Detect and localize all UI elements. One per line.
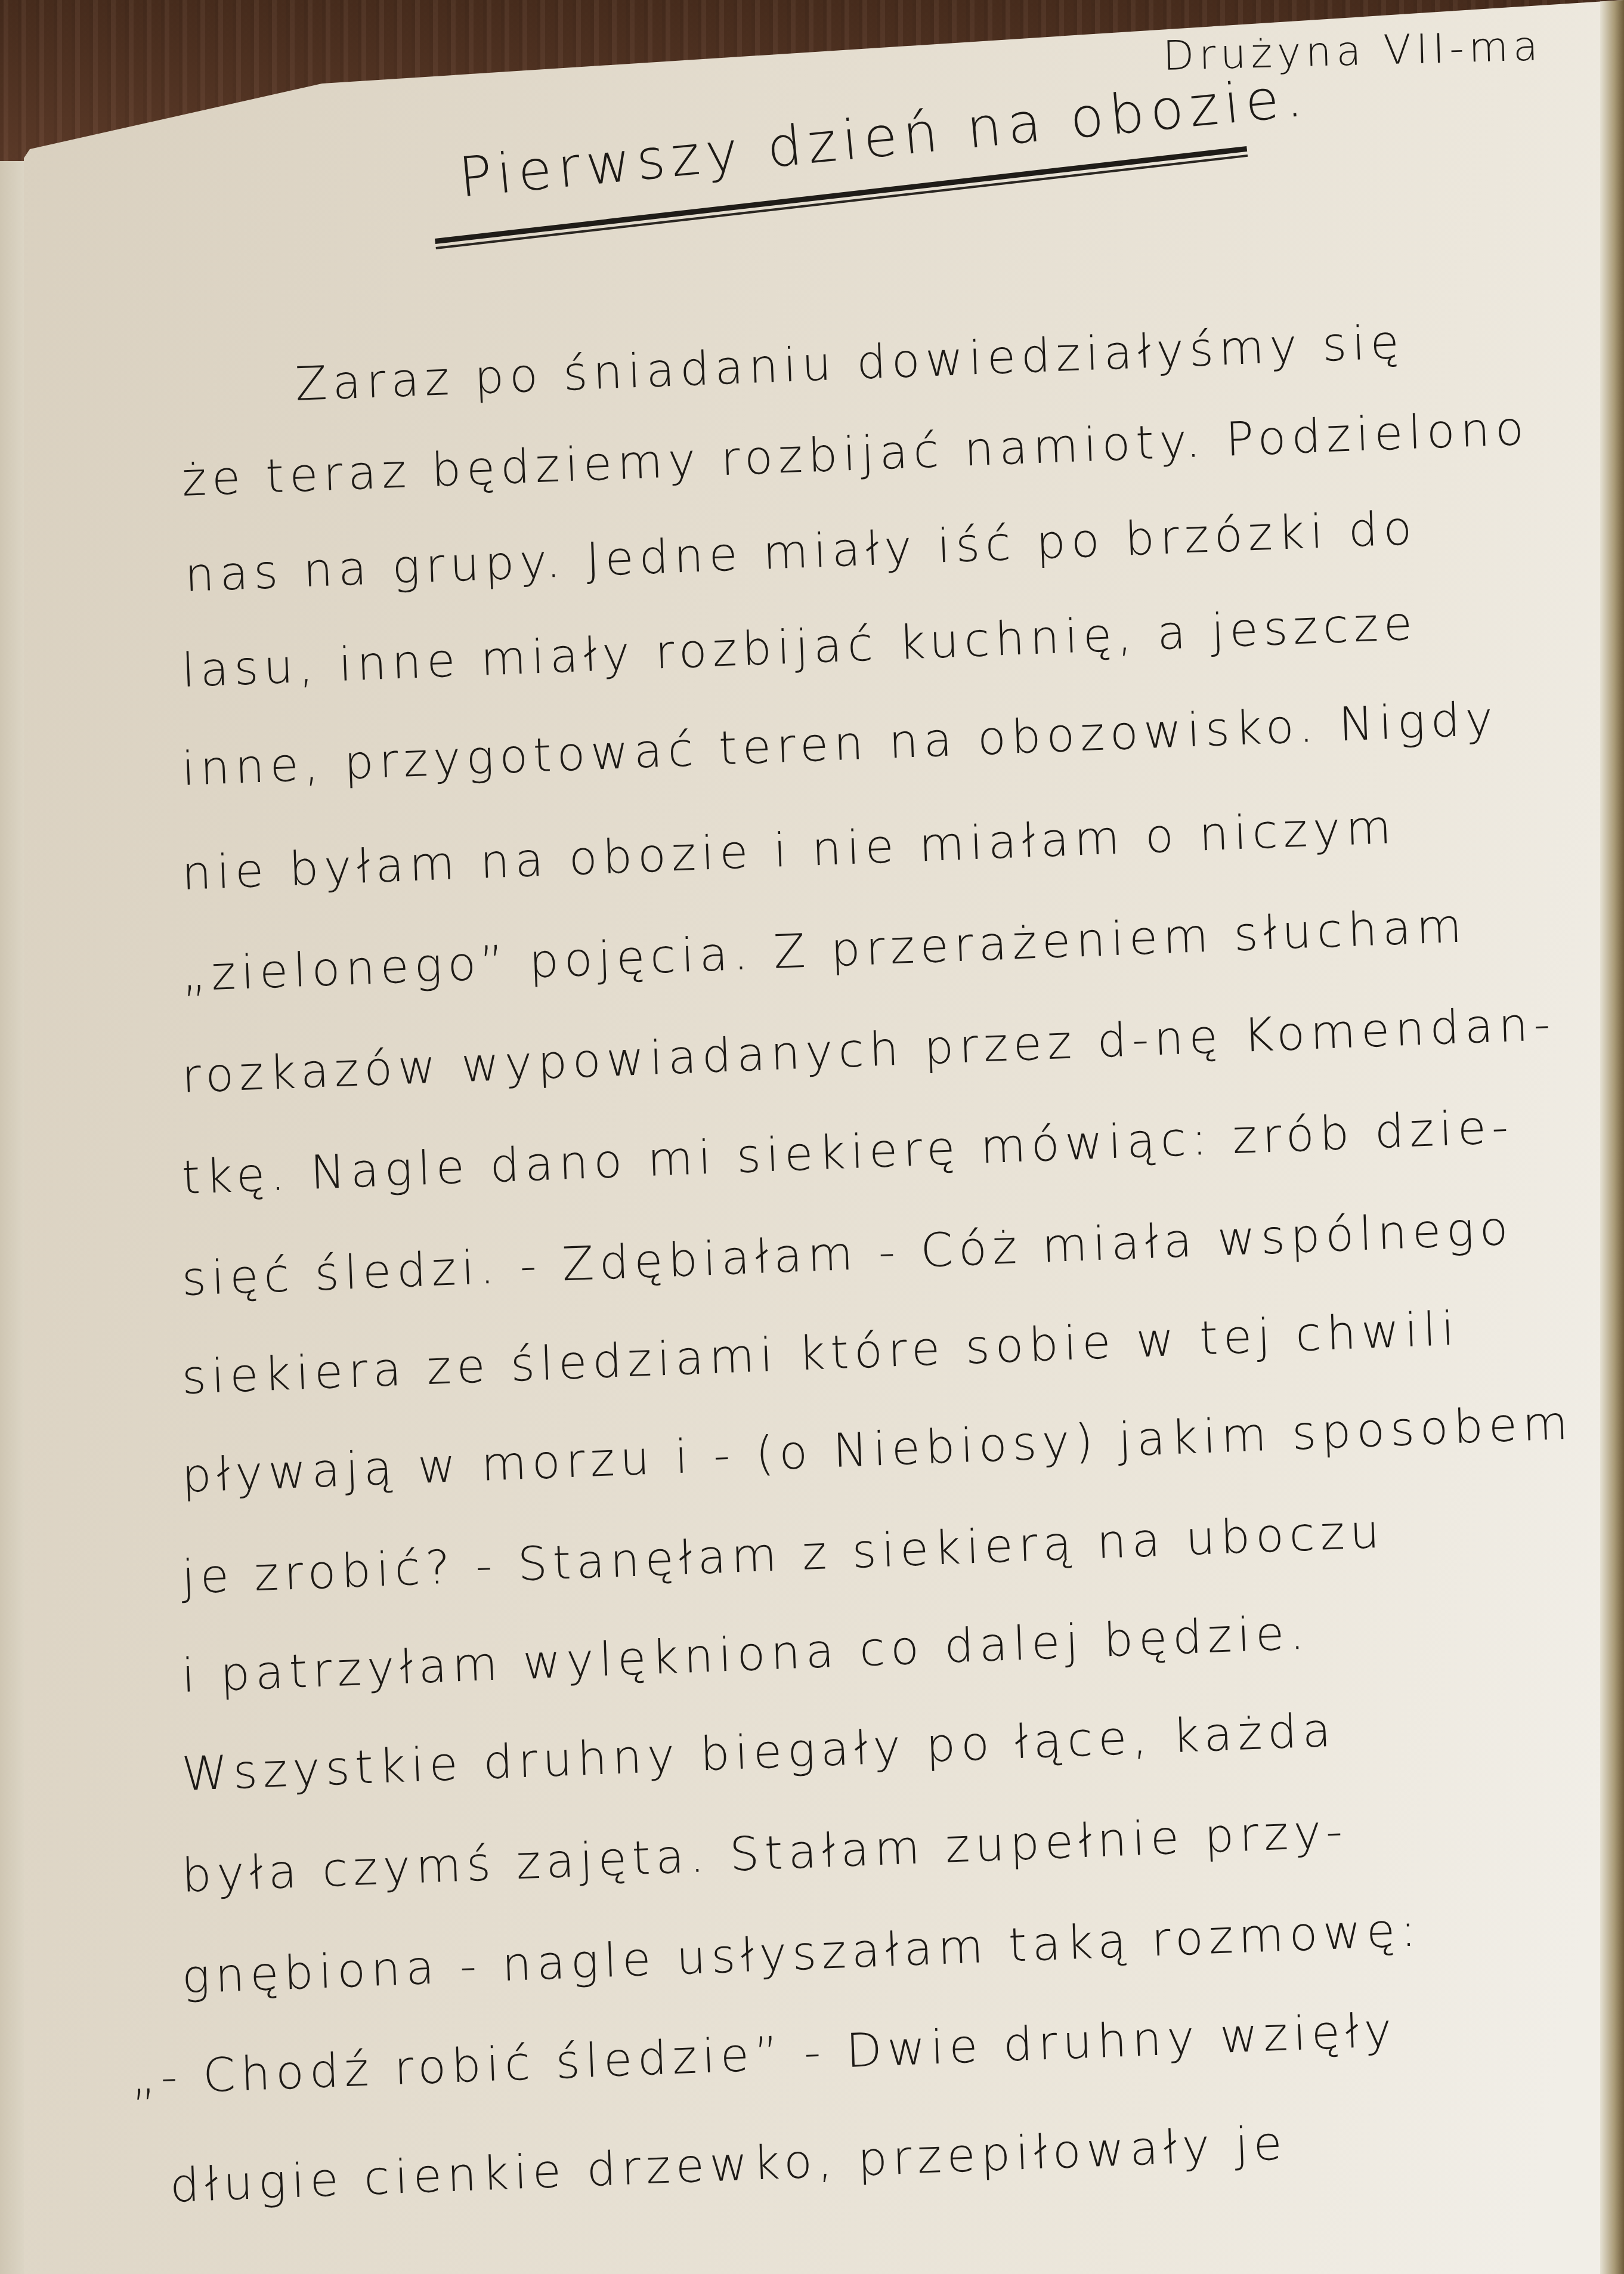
text-line: że teraz będziemy rozbijać namioty. Podz… (181, 401, 1530, 507)
text-line: nie byłam na obozie i nie miałam o niczy… (181, 801, 1397, 901)
text-line: „zielonego” pojęcia. Z przerażeniem słuc… (181, 899, 1468, 1002)
text-line: je zrobić? - Stanęłam z siekierą na uboc… (181, 1505, 1385, 1605)
text-line: Zaraz po śniadaniu dowiedziałyśmy się (294, 316, 1405, 412)
text-line: siekiera ze śledziami które sobie w tej … (181, 1302, 1461, 1405)
notebook-page: Drużyna VII-ma Pierwszy dzień na obozie.… (24, 0, 1624, 2274)
text-line: „- Chodź robić śledzie” - Dwie druhny wz… (130, 2004, 1397, 2106)
text-line: sięć śledzi. - Zdębiałam - Cóż miała wsp… (181, 1201, 1514, 1306)
text-line: nas na grupy. Jedne miały iść po brzózki… (184, 502, 1418, 603)
text-line: gnębiona - nagle usłyszałam taką rozmowę… (181, 1903, 1422, 2004)
text-line: lasu, inne miały rozbijać kuchnię, a jes… (181, 597, 1418, 698)
text-line: długie cienkie drzewko, przepiłowały je (169, 2117, 1288, 2213)
text-line: Wszystkie druhny biegały po łące, każda (181, 1704, 1337, 1802)
text-line: tkę. Nagle dano mi siekierę mówiąc: zrób… (181, 1100, 1514, 1205)
text-line: inne, przygotować teren na obozowisko. N… (181, 692, 1499, 796)
text-line: była czymś zajęta. Stałam zupełnie przy- (181, 1805, 1348, 1903)
text-line: pływają w morzu i - (o Niebiosy) jakim s… (181, 1396, 1574, 1503)
text-line: rozkazów wypowiadanych przez d-nę Komend… (181, 997, 1557, 1104)
troop-label: Drużyna VII-ma (1162, 23, 1543, 80)
text-line: i patrzyłam wylękniona co dalej będzie. (181, 1606, 1310, 1703)
